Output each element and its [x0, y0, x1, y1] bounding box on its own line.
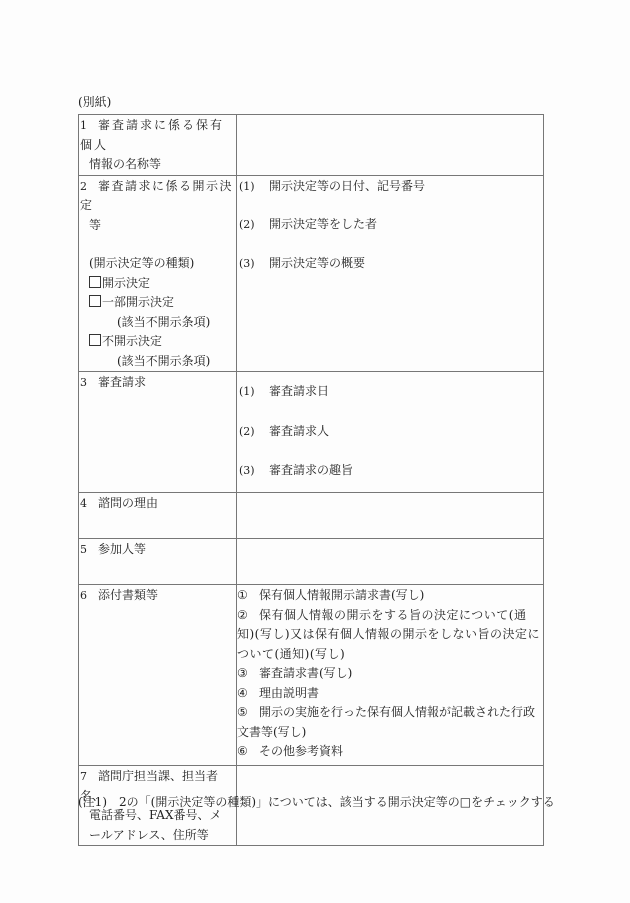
item-number: ④	[237, 684, 259, 704]
item-number: (2)	[239, 215, 269, 235]
table-row-5: 5参加人等	[79, 539, 544, 585]
row-4-label-cell: 4諮問の理由	[79, 493, 237, 539]
item-text: 開示決定等の概要	[269, 256, 365, 270]
attachment-item-1: ①保有個人情報開示請求書(写し)	[237, 586, 543, 606]
item-text: 保有個人情報の開示をする旨の決定について(通知)(写し)又は保有個人情報の開示を…	[237, 608, 540, 661]
row-3-value-cell[interactable]: (1)審査請求日 (2)審査請求人 (3)審査請求の趣旨	[237, 372, 544, 493]
table-row-1: 1審査請求に係る保有個人 情報の名称等	[79, 115, 544, 176]
item-text: 開示の実施を行った保有個人情報が記載された行政文書等(写し)	[237, 705, 535, 739]
table-row-2: 2審査請求に係る開示決定 等 (開示決定等の種類) 開示決定 一部開示決定 (該…	[79, 175, 544, 372]
item-number: (1)	[239, 382, 269, 402]
row-label: 添付書類等	[98, 588, 158, 602]
row-label: 審査請求に係る開示決定	[80, 179, 233, 213]
row-number: 1	[80, 116, 98, 136]
row-label: 審査請求に係る保有個人	[80, 118, 224, 152]
row-1-label-cell: 1審査請求に係る保有個人 情報の名称等	[79, 115, 237, 176]
attachment-item-3: ③審査請求書(写し)	[237, 664, 543, 684]
item-text: 審査請求の趣旨	[269, 463, 353, 477]
attachment-item-4: ④理由説明書	[237, 684, 543, 704]
attachment-item-5: ⑤開示の実施を行った保有個人情報が記載された行政文書等(写し)	[237, 703, 543, 742]
row-1-value-cell[interactable]	[237, 115, 544, 176]
option-disclosure[interactable]: 開示決定	[79, 274, 236, 294]
item-number: (2)	[239, 422, 269, 442]
row-label: 審査請求	[98, 375, 146, 389]
row-label-cont: ールアドレス、住所等	[79, 826, 236, 846]
row-label-cont: 情報の名称等	[79, 155, 236, 175]
row-2-label-cell: 2審査請求に係る開示決定 等 (開示決定等の種類) 開示決定 一部開示決定 (該…	[79, 175, 237, 372]
row-4-value-cell[interactable]	[237, 493, 544, 539]
list-item: (3)審査請求の趣旨	[237, 461, 543, 481]
list-item: (1)開示決定等の日付、記号番号	[237, 177, 543, 197]
row-number: 7	[80, 767, 98, 787]
item-number: ①	[237, 586, 259, 606]
checkbox-disclosure[interactable]	[89, 276, 101, 288]
list-item: (1)審査請求日	[237, 382, 543, 402]
row-number: 6	[80, 586, 98, 606]
item-text: 審査請求日	[269, 384, 329, 398]
row-6-label-cell: 6添付書類等	[79, 585, 237, 766]
row-number: 3	[80, 373, 98, 393]
item-number: ⑤	[237, 703, 259, 723]
item-text: 開示決定等をした者	[269, 217, 377, 231]
item-text: 審査請求人	[269, 424, 329, 438]
option-partial-disclosure[interactable]: 一部開示決定	[79, 293, 236, 313]
partial-nondisclosure-clause: (該当不開示条項)	[79, 313, 236, 333]
list-item: (2)審査請求人	[237, 422, 543, 442]
row-number: 2	[80, 177, 98, 197]
table-row-4: 4諮問の理由	[79, 493, 544, 539]
page-label: (別紙)	[78, 94, 111, 110]
option-label: 一部開示決定	[102, 295, 174, 309]
item-text: その他参考資料	[259, 744, 343, 758]
footnote: (注1) 2の「(開示決定等の種類)」については、該当する開示決定等の□をチェッ…	[78, 794, 555, 810]
row-number: 4	[80, 494, 98, 514]
item-number: ③	[237, 664, 259, 684]
item-number: (1)	[239, 177, 269, 197]
list-item: (3)開示決定等の概要	[237, 254, 543, 274]
table-row-6: 6添付書類等 ①保有個人情報開示請求書(写し) ②保有個人情報の開示をする旨の決…	[79, 585, 544, 766]
item-text: 理由説明書	[259, 686, 319, 700]
attachment-item-2: ②保有個人情報の開示をする旨の決定について(通知)(写し)又は保有個人情報の開示…	[237, 606, 543, 665]
item-text: 開示決定等の日付、記号番号	[269, 179, 425, 193]
attachment-item-6: ⑥その他参考資料	[237, 742, 543, 762]
row-label: 参加人等	[98, 542, 146, 556]
row-3-label-cell: 3審査請求	[79, 372, 237, 493]
nondisclosure-clause: (該当不開示条項)	[79, 352, 236, 372]
option-label: 開示決定	[102, 276, 150, 290]
item-number: ②	[237, 606, 259, 626]
item-number: (3)	[239, 254, 269, 274]
row-5-value-cell[interactable]	[237, 539, 544, 585]
row-label-cont: 等	[79, 216, 236, 236]
option-label: 不開示決定	[102, 334, 162, 348]
row-2-value-cell[interactable]: (1)開示決定等の日付、記号番号 (2)開示決定等をした者 (3)開示決定等の概…	[237, 175, 544, 372]
row-label: 諮問の理由	[98, 496, 158, 510]
item-text: 審査請求書(写し)	[259, 666, 352, 680]
row-6-value-cell[interactable]: ①保有個人情報開示請求書(写し) ②保有個人情報の開示をする旨の決定について(通…	[237, 585, 544, 766]
checkbox-partial-disclosure[interactable]	[89, 295, 101, 307]
option-nondisclosure[interactable]: 不開示決定	[79, 332, 236, 352]
form-table: 1審査請求に係る保有個人 情報の名称等 2審査請求に係る開示決定 等 (開示決定…	[78, 114, 544, 846]
list-item: (2)開示決定等をした者	[237, 215, 543, 235]
table-row-3: 3審査請求 (1)審査請求日 (2)審査請求人 (3)審査請求の趣旨	[79, 372, 544, 493]
decision-types-heading: (開示決定等の種類)	[79, 254, 236, 274]
row-5-label-cell: 5参加人等	[79, 539, 237, 585]
item-number: ⑥	[237, 742, 259, 762]
checkbox-nondisclosure[interactable]	[89, 334, 101, 346]
item-text: 保有個人情報開示請求書(写し)	[259, 588, 424, 602]
item-number: (3)	[239, 461, 269, 481]
row-number: 5	[80, 540, 98, 560]
